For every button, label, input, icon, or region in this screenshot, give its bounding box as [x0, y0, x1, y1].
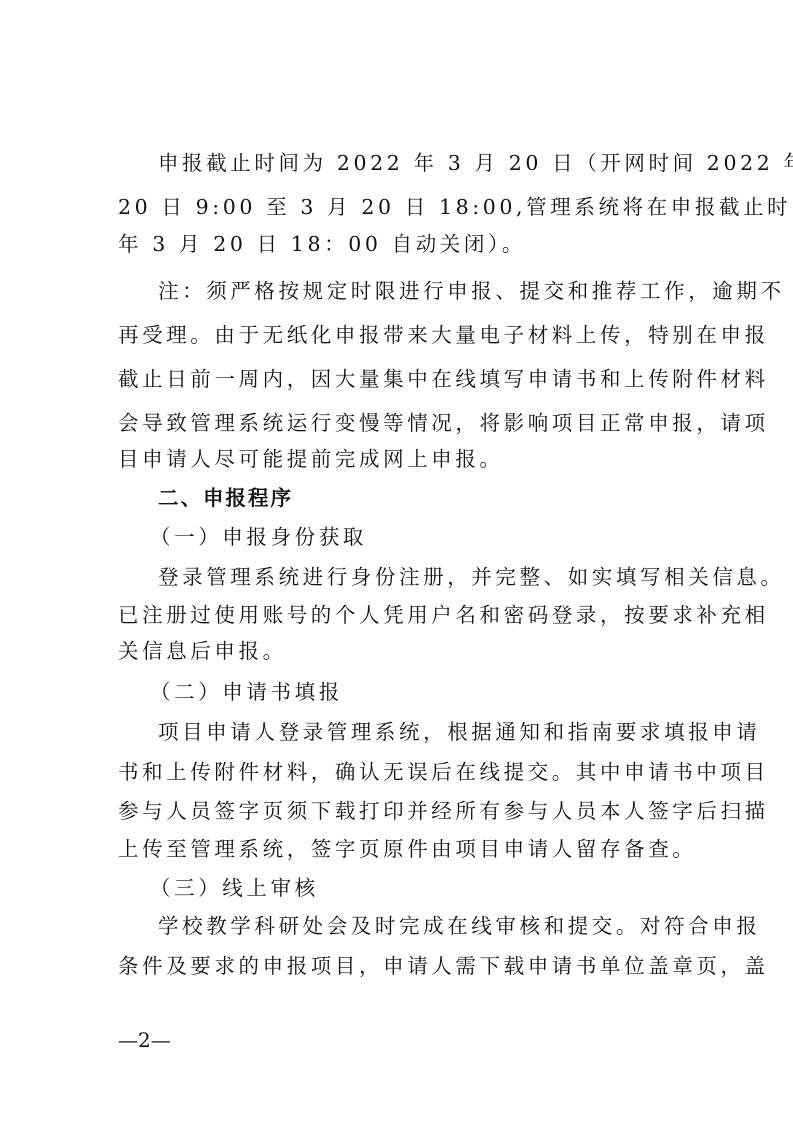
paragraph-line: 上传至管理系统，签字页原件由项目申请人留存备查。 — [118, 837, 678, 861]
paragraph-line: 书和上传附件材料，确认无误后在线提交。其中申请书中项目 — [118, 760, 678, 784]
paragraph-line: 申报截止时间为 2022 年 3 月 20 日（开网时间 2022 年 2 月 — [158, 151, 678, 175]
paragraph-line: 关信息后申报。 — [118, 639, 678, 663]
subsection-title: （三）线上审核 — [150, 876, 710, 900]
paragraph-line: 年 3 月 20 日 18：00 自动关闭）。 — [118, 232, 678, 256]
note-line: 截止日前一周内，因大量集中在线填写申请书和上传附件材料 — [118, 367, 678, 391]
subsection-title: （二）申请书填报 — [150, 680, 710, 704]
paragraph-line: 条件及要求的申报项目，申请人需下载申请书单位盖章页，盖 — [118, 954, 678, 978]
paragraph-line: 项目申请人登录管理系统，根据通知和指南要求填报申请 — [158, 720, 678, 744]
paragraph-line: 已注册过使用账号的个人凭用户名和密码登录，按要求补充相 — [118, 603, 678, 627]
note-line: 目申请人尽可能提前完成网上申报。 — [118, 447, 678, 471]
page-number: —2— — [118, 1028, 171, 1052]
note-line: 再受理。由于无纸化申报带来大量电子材料上传，特别在申报 — [118, 323, 678, 347]
note-line: 注：须严格按规定时限进行申报、提交和推荐工作，逾期不 — [158, 279, 678, 303]
note-line: 会导致管理系统运行变慢等情况，将影响项目正常申报，请项 — [118, 411, 678, 435]
paragraph-line: 参与人员签字页须下载打印并经所有参与人员本人签字后扫描 — [118, 799, 678, 823]
section-heading: 二、申报程序 — [158, 486, 678, 510]
subsection-title: （一）申报身份获取 — [150, 525, 710, 549]
paragraph-line: 登录管理系统进行身份注册，并完整、如实填写相关信息。 — [158, 565, 678, 589]
paragraph-line: 20 日 9:00 至 3 月 20 日 18:00,管理系统将在申报截止时间 … — [118, 195, 678, 219]
paragraph-line: 学校教学科研处会及时完成在线审核和提交。对符合申报 — [158, 914, 678, 938]
